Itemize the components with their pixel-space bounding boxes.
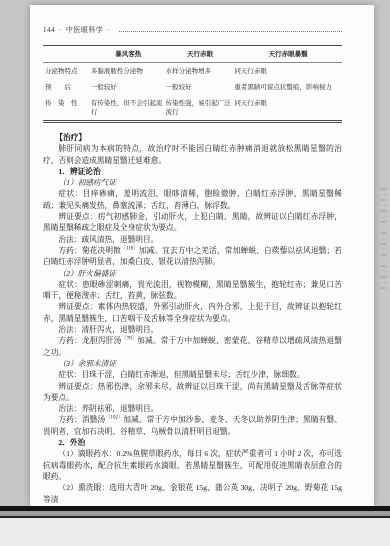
pattern-1-formula: 方药：菊花决明散〔118〕加减。宜去方中之羌活，常加蝉蜕、白蒺藜以祛风退翳；若白…	[43, 245, 342, 268]
table-row: 预 后 一般较好 一般较好 重者黑睛可留点状翳痕，影响视力	[43, 79, 342, 95]
book-page: 144 · 中医眼科学 · 暴风客热 天行赤眼 天行赤眼暴翳 分泌物特点 多黏液…	[30, 5, 374, 506]
table-cell: 有传染性，但不会引起流行	[91, 95, 166, 122]
formula-text: 方药：龙胆泻肝汤	[58, 336, 121, 345]
formula-reference-number: 〔118〕	[121, 246, 139, 251]
formula-text: 方药：菊花决明散	[58, 246, 121, 255]
table-cell: 水样分泌物增多	[166, 63, 235, 80]
external-treatment-item-2: （2）熏洗眼：选用大青叶 20g、金银花 15g、蒲公英 30g、决明子 20g…	[43, 482, 342, 505]
subsection-title-bianzheng: 1．辨证论治	[43, 166, 342, 177]
table-cell: 传染性强，易引起广泛流行	[166, 95, 235, 122]
differential-table-body: 分泌物特点 多黏液脓性分泌物 水样分泌物增多 同天行赤眼 预 后 一般较好 一般…	[43, 63, 342, 122]
pattern-1-method: 治法：疏风清热，退翳明目。	[43, 234, 342, 245]
table-cell: 同天行赤眼	[234, 95, 342, 122]
pattern-2-symptoms: 症状：患眼碜涩刺痛，畏光流泪，视物模糊，黑睛星翳簇生，抱轮红赤；兼见口苦咽干，便…	[43, 279, 342, 302]
dotted-leader	[119, 25, 342, 32]
book-title: 中医眼科学	[66, 26, 104, 35]
pattern-1-key-points: 辨证要点：疠气初感肺金，引动肝火，上犯白睛、黑睛，故辨证以白睛红赤浮肿，黑睛星翳…	[43, 211, 342, 234]
pattern-1-symptoms: 症状：目痒碜痛，羞明流泪，眼眵清稀，胞睑微肿，白睛红赤浮肿，黑睛星翳稀疏；兼见头…	[43, 188, 342, 211]
treatment-section: 【治疗】 肺肝同病为本病的特点，故治疗时不能因白睛红赤肿痛消退就放松黑睛星翳的治…	[43, 132, 342, 505]
page-content: 144 · 中医眼科学 · 暴风客热 天行赤眼 天行赤眼暴翳 分泌物特点 多黏液…	[30, 5, 374, 506]
column-header-baofengkere: 暴风客热	[91, 46, 166, 63]
scan-band-bottom	[0, 518, 390, 546]
formula-reference-number: 〔78〕	[122, 337, 138, 342]
differential-table-header: 暴风客热 天行赤眼 天行赤眼暴翳	[43, 46, 342, 63]
column-header-tianxingchiyanbaoyi: 天行赤眼暴翳	[234, 46, 342, 63]
table-cell: 重者黑睛可留点状翳痕，影响视力	[234, 79, 342, 95]
scanned-book-page: { "running_head": { "page_number": "144"…	[0, 0, 390, 546]
pattern-2-key-points: 辨证要点：素体内热较盛，外邪引动肝火，内外合邪，上犯于目，故辨证以抱轮红赤，黑睛…	[43, 301, 342, 324]
margin-bleed-through-marks	[381, 188, 386, 290]
pattern-3-key-points: 辨证要点：热邪伤津，余邪未尽，故辨证以目珠干涩，尚有黑睛星翳及舌脉等症状为要点。	[43, 381, 342, 404]
pattern-3-name: （3）余邪未清证	[43, 358, 342, 369]
external-treatment-item-1: （1）滴眼药水：0.2%鱼腥草眼药水，每日 6 次，症状严重者可 1 小时 2 …	[43, 448, 342, 482]
table-row: 传 染 性 有传染性，但不会引起流行 传染性强，易引起广泛流行 同天行赤眼	[43, 95, 342, 122]
section-heading-treatment: 【治疗】	[43, 132, 342, 143]
row-label-secretion: 分泌物特点	[43, 63, 91, 80]
row-label-prognosis: 预 后	[43, 79, 91, 95]
pattern-3-method: 治法：养阴祛邪，退翳明目。	[43, 403, 342, 414]
pattern-3-symptoms: 症状：目珠干涩，白睛红赤渐退，但黑睛星翳未尽；舌红少津，脉细数。	[43, 369, 342, 380]
separator-dot: ·	[107, 26, 110, 35]
treatment-intro-paragraph: 肺肝同病为本病的特点，故治疗时不能因白睛红赤肿痛消退就放松黑睛星翳的治疗，否则会…	[43, 143, 342, 166]
column-header-tianxingchiyan: 天行赤眼	[166, 46, 235, 63]
column-header-empty	[43, 46, 91, 63]
table-cell: 多黏液脓性分泌物	[91, 63, 166, 80]
formula-reference-number: 〔102〕	[105, 416, 123, 421]
table-cell: 一般较好	[91, 79, 166, 95]
differential-table: 暴风客热 天行赤眼 天行赤眼暴翳 分泌物特点 多黏液脓性分泌物 水样分泌物增多 …	[43, 45, 342, 123]
table-cell: 一般较好	[166, 79, 235, 95]
table-row: 分泌物特点 多黏液脓性分泌物 水样分泌物增多 同天行赤眼	[43, 63, 342, 80]
formula-text: 方药：消翳汤	[58, 415, 105, 424]
running-head: 144 · 中医眼科学 ·	[43, 25, 342, 35]
pattern-2-name: （2）肝火偏盛证	[43, 268, 342, 279]
pattern-1-name: （1）初感疠气证	[43, 177, 342, 188]
pattern-3-formula: 方药：消翳汤〔102〕加减。常于方中加沙参、麦冬、天冬以助养阴生津；黑睛有翳、畏…	[43, 414, 342, 437]
page-number: 144	[43, 26, 55, 35]
pattern-2-formula: 方药：龙胆泻肝汤〔78〕加减。常于方中加蝉蜕、密蒙花、谷精草以增疏风清热退翳之功…	[43, 335, 342, 358]
row-label-contagiousness: 传 染 性	[43, 95, 91, 122]
table-header-row: 暴风客热 天行赤眼 天行赤眼暴翳	[43, 46, 342, 63]
table-cell: 同天行赤眼	[234, 63, 342, 80]
pattern-2-method: 治法：清肝泻火，退翳明目。	[43, 324, 342, 335]
subsection-title-waizhi: 2．外治	[43, 437, 342, 448]
separator-dot: ·	[59, 26, 62, 35]
